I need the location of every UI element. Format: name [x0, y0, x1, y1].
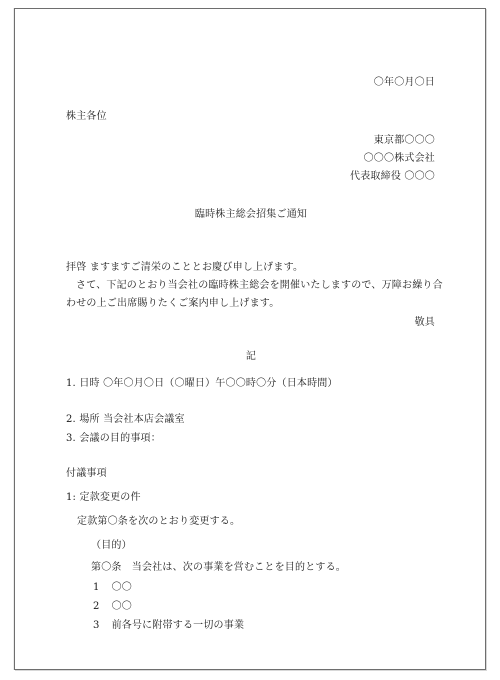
body-line-1: さて、下記のとおり当会社の臨時株主総会を開催いたしますので、万障お繰り合: [76, 280, 443, 292]
sub-item-3: 3前各号に附帯する一切の事業: [93, 620, 244, 632]
sub-item-number: 1: [93, 582, 100, 593]
sub-item-text: 〇〇: [112, 582, 132, 593]
sub-item-text: 前各号に附帯する一切の事業: [112, 620, 245, 631]
document-title: 臨時株主総会招集ご通知: [15, 209, 487, 221]
greeting: 拝啓 ますますご清栄のこととお慶び申し上げます。: [66, 262, 303, 274]
body-line-2: わせの上ご出席賜りたくご案内申し上げます。: [66, 298, 279, 310]
ki-heading: 記: [15, 351, 487, 363]
document-page: 〇年〇月〇日 株主各位 東京都〇〇〇 〇〇〇株式会社 代表取締役 〇〇〇 臨時株…: [14, 8, 486, 670]
addressee: 株主各位: [66, 111, 107, 123]
sub-item-number: 3: [93, 620, 100, 631]
sender-representative: 代表取締役 〇〇〇: [350, 171, 435, 183]
sub-item-2: 2〇〇: [93, 601, 132, 613]
sub-item-1: 1〇〇: [93, 582, 132, 594]
sender-address: 東京都〇〇〇: [374, 135, 435, 147]
agenda-heading: 付議事項: [66, 468, 107, 480]
item-datetime: 1. 日時 〇年〇月〇日（〇曜日）午〇〇時〇分（日本時間）: [66, 378, 338, 390]
agenda-item-1-desc: 定款第〇条を次のとおり変更する。: [77, 516, 240, 528]
document-date: 〇年〇月〇日: [374, 77, 435, 89]
purpose-label: （目的）: [91, 540, 132, 552]
agenda-item-1: 1: 定款変更の件: [66, 492, 141, 504]
item-location: 2. 場所 当会社本店会議室: [66, 414, 185, 426]
sender-company: 〇〇〇株式会社: [364, 153, 435, 165]
sub-item-number: 2: [93, 601, 100, 612]
article-text: 第〇条 当会社は、次の事業を営むことを目的とする。: [91, 562, 346, 574]
sub-item-text: 〇〇: [112, 601, 132, 612]
item-purpose: 3. 会議の目的事項：: [66, 433, 161, 445]
closing: 敬具: [415, 317, 435, 329]
